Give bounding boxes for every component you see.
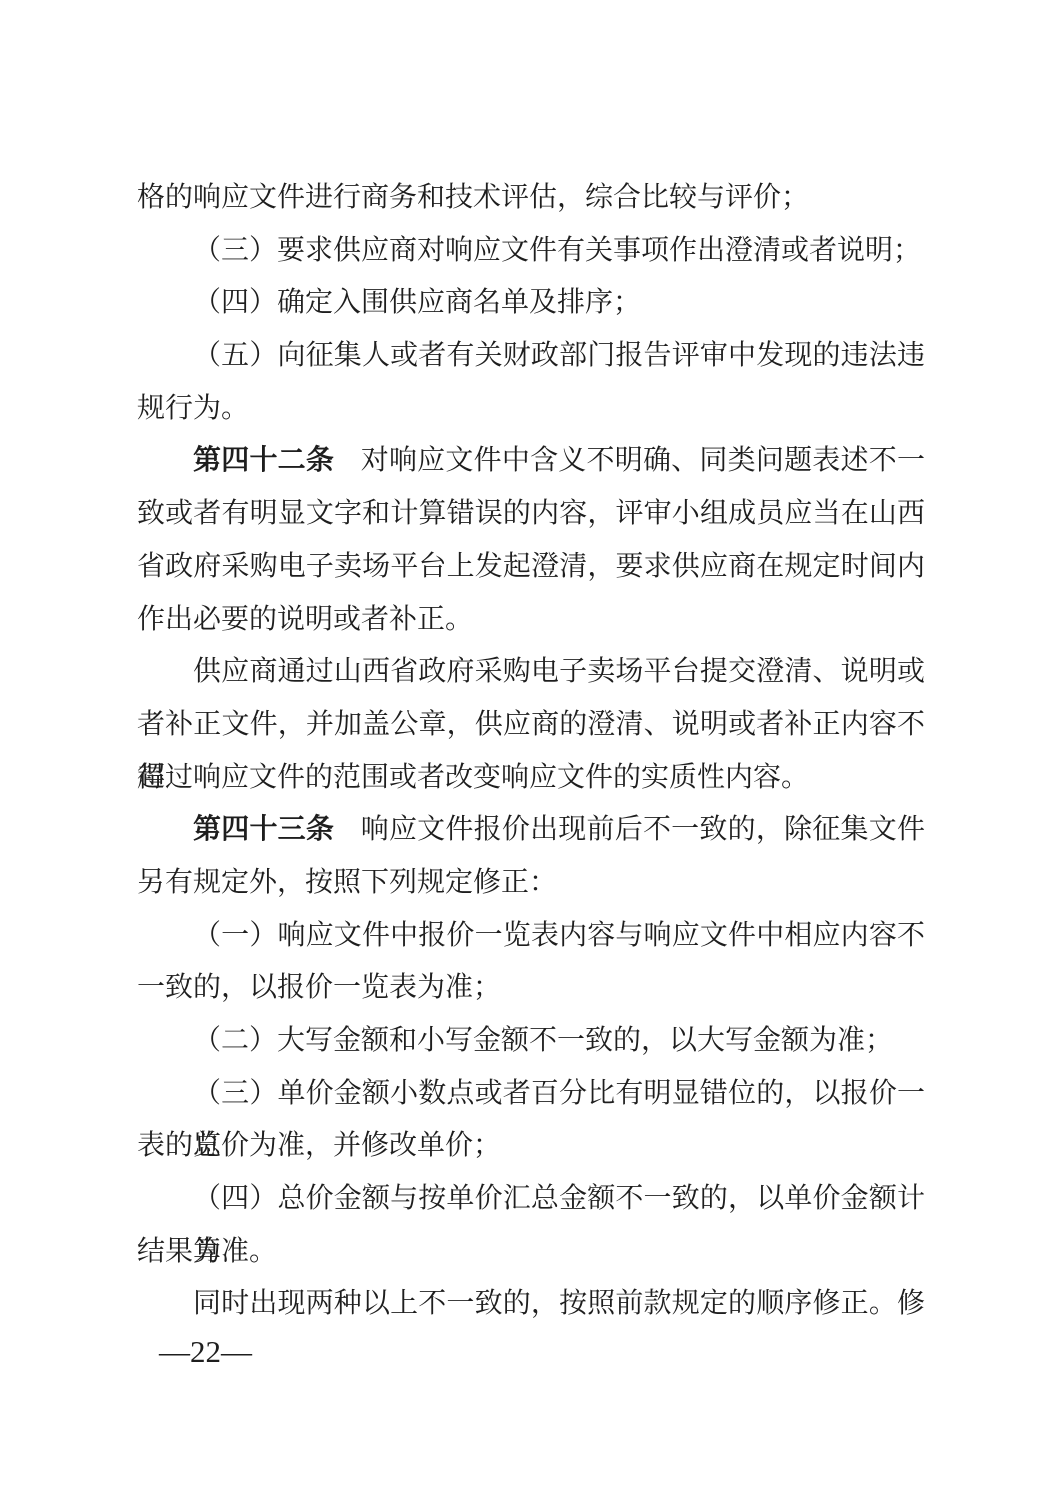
text-run: （二）大写金额和小写金额不一致的，以大写金额为准； <box>193 1025 893 1056</box>
text-line: 第四十三条响应文件报价出现前后不一致的，除征集文件 <box>137 804 925 857</box>
text-line: 作出必要的说明或者补正。 <box>137 594 925 647</box>
text-line: 规行为。 <box>137 383 925 436</box>
text-run: 同时出现两种以上不一致的，按照前款规定的顺序修正。修 <box>193 1288 925 1319</box>
page-number: —22— <box>159 1334 252 1370</box>
text-run: （五）向征集人或者有关财政部门报告评审中发现的违法违 <box>193 340 925 371</box>
text-line: 格的响应文件进行商务和技术评估，综合比较与评价； <box>137 172 925 225</box>
text-line: 省政府采购电子卖场平台上发起澄清，要求供应商在规定时间内 <box>137 541 925 594</box>
text-line: （一）响应文件中报价一览表内容与响应文件中相应内容不 <box>137 910 925 963</box>
text-run: （三）要求供应商对响应文件有关事项作出澄清或者说明； <box>193 235 921 266</box>
text-run: 对响应文件中含义不明确、同类问题表述不一 <box>361 445 925 476</box>
text-run: （一）响应文件中报价一览表内容与响应文件中相应内容不 <box>193 920 925 951</box>
text-line: 致或者有明显文字和计算错误的内容，评审小组成员应当在山西 <box>137 488 925 541</box>
text-run: 作出必要的说明或者补正。 <box>137 604 473 635</box>
text-line: 一致的，以报价一览表为准； <box>137 962 925 1015</box>
document-page: 格的响应文件进行商务和技术评估，综合比较与评价；（三）要求供应商对响应文件有关事… <box>0 0 1060 1500</box>
text-run: 省政府采购电子卖场平台上发起澄清，要求供应商在规定时间内 <box>137 551 925 582</box>
text-line: （四）确定入围供应商名单及排序； <box>137 277 925 330</box>
text-line: 表的总价为准，并修改单价； <box>137 1120 925 1173</box>
document-body: 格的响应文件进行商务和技术评估，综合比较与评价；（三）要求供应商对响应文件有关事… <box>137 172 925 1331</box>
article-number: 第四十三条 <box>193 814 334 845</box>
text-line: （五）向征集人或者有关财政部门报告评审中发现的违法违 <box>137 330 925 383</box>
text-line: （三）单价金额小数点或者百分比有明显错位的，以报价一览 <box>137 1068 925 1121</box>
text-run: 结果为准。 <box>137 1236 277 1267</box>
text-line: 第四十二条对响应文件中含义不明确、同类问题表述不一 <box>137 435 925 488</box>
text-run: 表的总价为准，并修改单价； <box>137 1130 501 1161</box>
text-run: 另有规定外，按照下列规定修正： <box>137 867 557 898</box>
text-run: 一致的，以报价一览表为准； <box>137 972 501 1003</box>
text-line: （四）总价金额与按单价汇总金额不一致的，以单价金额计算 <box>137 1173 925 1226</box>
text-run: 格的响应文件进行商务和技术评估，综合比较与评价； <box>137 182 809 213</box>
text-line: （三）要求供应商对响应文件有关事项作出澄清或者说明； <box>137 225 925 278</box>
text-run: 致或者有明显文字和计算错误的内容，评审小组成员应当在山西 <box>137 498 925 529</box>
text-line: 供应商通过山西省政府采购电子卖场平台提交澄清、说明或 <box>137 646 925 699</box>
text-run: 规行为。 <box>137 393 249 424</box>
article-number: 第四十二条 <box>193 445 334 476</box>
text-run: 供应商通过山西省政府采购电子卖场平台提交澄清、说明或 <box>193 656 925 687</box>
text-line: 者补正文件，并加盖公章，供应商的澄清、说明或者补正内容不得 <box>137 699 925 752</box>
text-run: 超过响应文件的范围或者改变响应文件的实质性内容。 <box>137 762 809 793</box>
text-line: 超过响应文件的范围或者改变响应文件的实质性内容。 <box>137 752 925 805</box>
text-line: 结果为准。 <box>137 1226 925 1279</box>
text-run: （四）确定入围供应商名单及排序； <box>193 287 641 318</box>
text-line: 另有规定外，按照下列规定修正： <box>137 857 925 910</box>
text-line: （二）大写金额和小写金额不一致的，以大写金额为准； <box>137 1015 925 1068</box>
text-run: 响应文件报价出现前后不一致的，除征集文件 <box>361 814 925 845</box>
text-line: 同时出现两种以上不一致的，按照前款规定的顺序修正。修 <box>137 1278 925 1331</box>
